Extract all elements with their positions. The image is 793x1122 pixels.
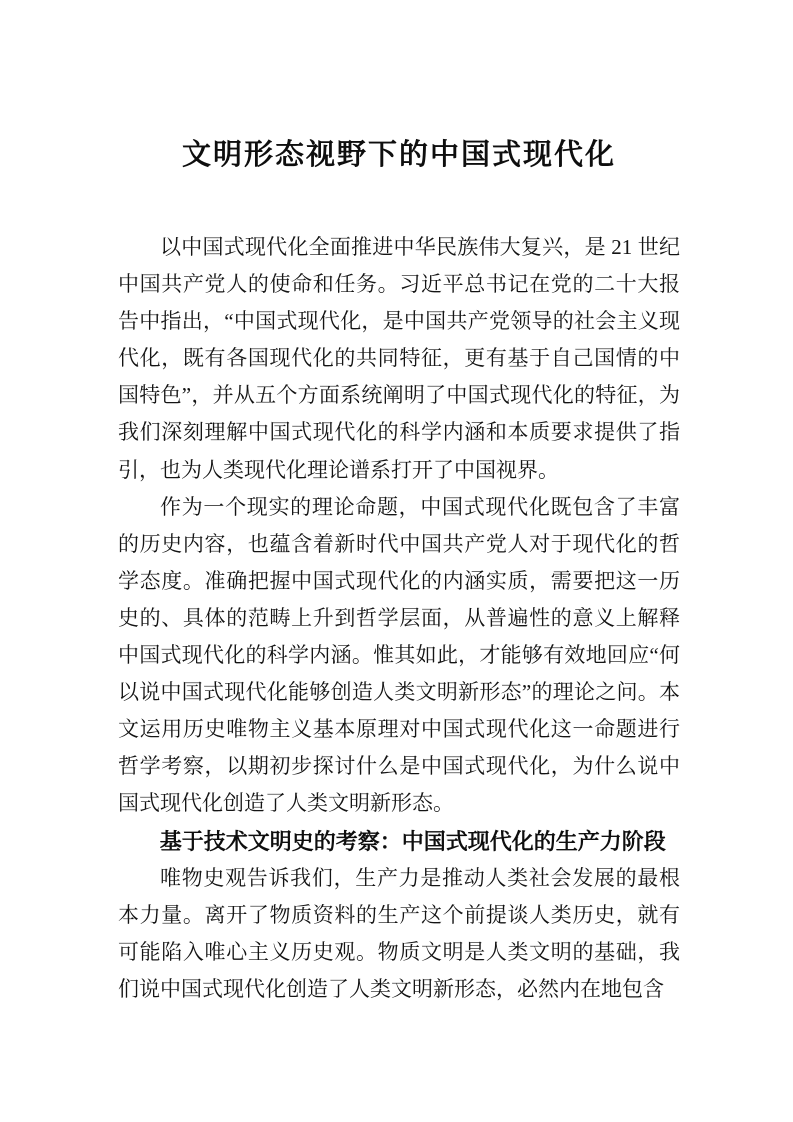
- paragraph-theory: 作为一个现实的理论命题，中国式现代化既包含了丰富的历史内容，也蕴含着新时代中国共…: [118, 489, 680, 823]
- section-heading: 基于技术文明史的考察：中国式现代化的生产力阶段: [118, 823, 680, 860]
- paragraph-productive-forces: 唯物史观告诉我们，生产力是推动人类社会发展的最根本力量。离开了物质资料的生产这个…: [118, 860, 680, 1008]
- document-title: 文明形态视野下的中国式现代化: [118, 133, 680, 177]
- paragraph-intro: 以中国式现代化全面推进中华民族伟大复兴，是 21 世纪中国共产党人的使命和任务。…: [118, 229, 680, 489]
- document-body: 文明形态视野下的中国式现代化 以中国式现代化全面推进中华民族伟大复兴，是 21 …: [118, 0, 680, 1008]
- document-page: 文明形态视野下的中国式现代化 以中国式现代化全面推进中华民族伟大复兴，是 21 …: [0, 0, 793, 1122]
